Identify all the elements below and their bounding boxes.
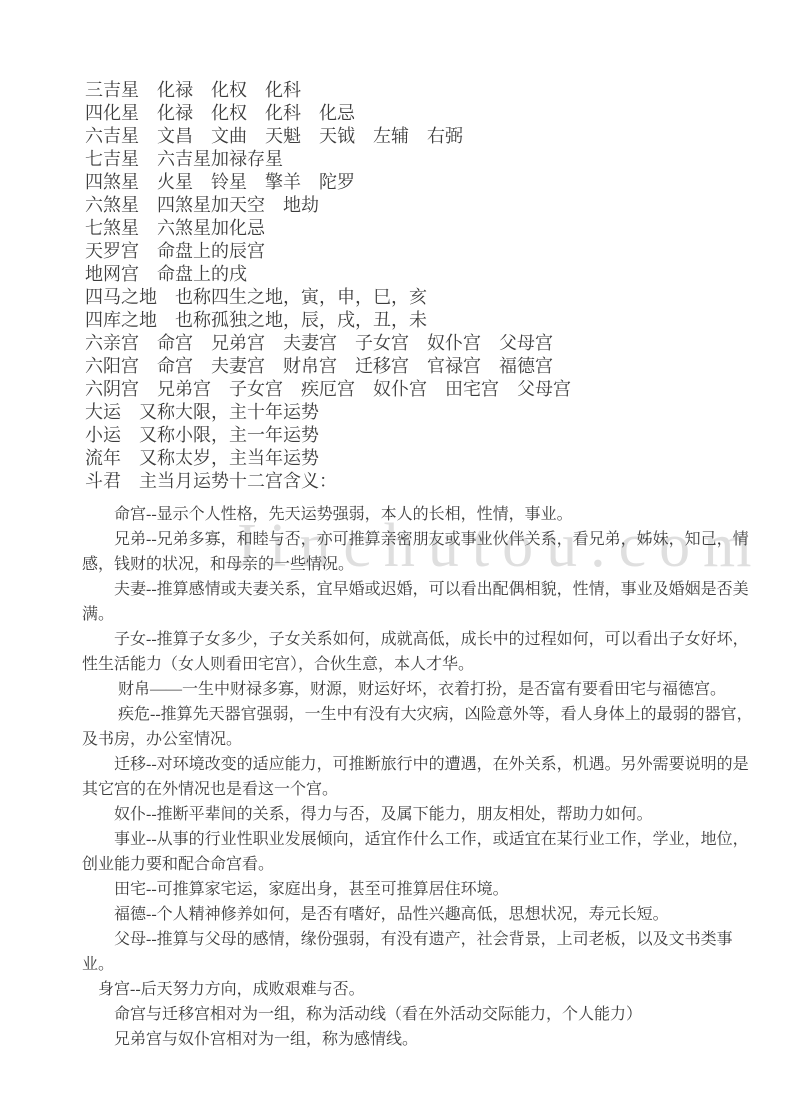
term-label: 流年 [85, 448, 121, 468]
term-label: 地网宫 [85, 264, 139, 284]
term-definition: 主当月运势十二宫含义： [121, 471, 337, 491]
paragraph: 疾危--推算先天器官强弱，一生中有没有大灾病，凶险意外等，看人身体上的最弱的器官… [82, 702, 764, 752]
term-line: 四化星 化禄 化权 化科 化忌 [85, 102, 571, 125]
term-label: 斗君 [85, 471, 121, 491]
term-line: 四库之地 也称孤独之地，辰，戌，丑，未 [85, 309, 571, 332]
term-definition: 兄弟宫 子女宫 疾厄宫 奴仆宫 田宅宫 父母宫 [139, 379, 571, 399]
term-line: 小运 又称小限，主一年运势 [85, 424, 571, 447]
term-definition: 六吉星加禄存星 [139, 149, 283, 169]
term-label: 四煞星 [85, 172, 139, 192]
term-definition: 命盘上的辰宫 [139, 241, 265, 261]
paragraph: 父母--推算与父母的感情，缘份强弱，有没有遗产，社会背景，上司老板，以及文书类事… [82, 927, 764, 977]
term-line: 斗君 主当月运势十二宫含义： [85, 470, 571, 493]
term-label: 六阴宫 [85, 379, 139, 399]
term-definition: 六煞星加化忌 [139, 218, 265, 238]
term-label: 四库之地 [85, 310, 157, 330]
paragraph: 夫妻--推算感情或夫妻关系，宜早婚或迟婚，可以看出配偶相貌，性情，事业及婚姻是否… [82, 577, 764, 627]
term-line: 流年 又称太岁，主当年运势 [85, 447, 571, 470]
paragraph: 福德--个人精神修养如何，是否有嗜好，品性兴趣高低，思想状况，寿元长短。 [82, 902, 764, 927]
paragraph: 奴仆--推断平辈间的关系，得力与否，及属下能力，朋友相处，帮助力如何。 [82, 802, 764, 827]
paragraph: 田宅--可推算家宅运，家庭出身，甚至可推算居住环境。 [82, 877, 764, 902]
term-definition: 命宫 兄弟宫 夫妻宫 子女宫 奴仆宫 父母宫 [139, 333, 553, 353]
paragraph: 命宫与迁移宫相对为一组，称为活动线（看在外活动交际能力，个人能力） [82, 1002, 764, 1027]
paragraph: 兄弟宫与奴仆宫相对为一组，称为感情线。 [82, 1027, 764, 1052]
term-definition: 也称四生之地，寅，申，巳，亥 [157, 287, 427, 307]
paragraph-section: 命宫--显示个人性格，先天运势强弱，本人的长相，性情，事业。 兄弟--兄弟多寡，… [82, 502, 764, 1052]
term-definition: 也称孤独之地，辰，戌，丑，未 [157, 310, 427, 330]
term-line: 七煞星 六煞星加化忌 [85, 217, 571, 240]
paragraph: 身宫--后天努力方向，成败艰难与否。 [82, 977, 764, 1002]
term-line: 地网宫 命盘上的戌 [85, 263, 571, 286]
term-label: 小运 [85, 425, 121, 445]
term-line: 六煞星 四煞星加天空 地劫 [85, 194, 571, 217]
term-line: 六亲宫 命宫 兄弟宫 夫妻宫 子女宫 奴仆宫 父母宫 [85, 332, 571, 355]
term-definition: 四煞星加天空 地劫 [139, 195, 319, 215]
term-label: 四化星 [85, 103, 139, 123]
paragraph: 兄弟--兄弟多寡，和睦与否，亦可推算亲密朋友或事业伙伴关系，看兄弟，姊妹，知己，… [82, 527, 764, 577]
term-label: 四马之地 [85, 287, 157, 307]
term-definition: 命宫 夫妻宫 财帛宫 迁移宫 官禄宫 福德宫 [139, 356, 553, 376]
document-page: Jinchutou.com 三吉星 化禄 化权 化科四化星 化禄 化权 化科 化… [0, 0, 800, 1108]
term-label: 六阳宫 [85, 356, 139, 376]
term-label: 七吉星 [85, 149, 139, 169]
term-line: 四马之地 也称四生之地，寅，申，巳，亥 [85, 286, 571, 309]
term-line: 四煞星 火星 铃星 擎羊 陀罗 [85, 171, 571, 194]
term-label: 天罗宫 [85, 241, 139, 261]
term-label: 大运 [85, 402, 121, 422]
paragraph: 事业--从事的行业性职业发展倾向，适宜作什么工作，或适宜在某行业工作，学业，地位… [82, 827, 764, 877]
term-list: 三吉星 化禄 化权 化科四化星 化禄 化权 化科 化忌六吉星 文昌 文曲 天魁 … [85, 79, 571, 493]
term-label: 六亲宫 [85, 333, 139, 353]
paragraph: 子女--推算子女多少，子女关系如何，成就高低，成长中的过程如何，可以看出子女好坏… [82, 627, 764, 677]
term-definition: 化禄 化权 化科 [139, 80, 301, 100]
term-definition: 命盘上的戌 [139, 264, 247, 284]
paragraph: 命宫--显示个人性格，先天运势强弱，本人的长相，性情，事业。 [82, 502, 764, 527]
paragraph: 迁移--对环境改变的适应能力，可推断旅行中的遭遇，在外关系，机遇。另外需要说明的… [82, 752, 764, 802]
term-definition: 化禄 化权 化科 化忌 [139, 103, 355, 123]
term-definition: 火星 铃星 擎羊 陀罗 [139, 172, 355, 192]
term-line: 七吉星 六吉星加禄存星 [85, 148, 571, 171]
term-line: 天罗宫 命盘上的辰宫 [85, 240, 571, 263]
term-definition: 又称太岁，主当年运势 [121, 448, 319, 468]
term-line: 六吉星 文昌 文曲 天魁 天钺 左辅 右弼 [85, 125, 571, 148]
term-label: 六煞星 [85, 195, 139, 215]
term-line: 大运 又称大限，主十年运势 [85, 401, 571, 424]
paragraph: 财帛——一生中财禄多寡，财源，财运好坏，衣着打扮，是否富有要看田宅与福德宫。 [82, 677, 764, 702]
term-definition: 文昌 文曲 天魁 天钺 左辅 右弼 [139, 126, 463, 146]
term-line: 六阴宫 兄弟宫 子女宫 疾厄宫 奴仆宫 田宅宫 父母宫 [85, 378, 571, 401]
term-line: 六阳宫 命宫 夫妻宫 财帛宫 迁移宫 官禄宫 福德宫 [85, 355, 571, 378]
term-label: 三吉星 [85, 80, 139, 100]
term-label: 七煞星 [85, 218, 139, 238]
term-line: 三吉星 化禄 化权 化科 [85, 79, 571, 102]
term-definition: 又称大限，主十年运势 [121, 402, 319, 422]
term-definition: 又称小限，主一年运势 [121, 425, 319, 445]
term-label: 六吉星 [85, 126, 139, 146]
